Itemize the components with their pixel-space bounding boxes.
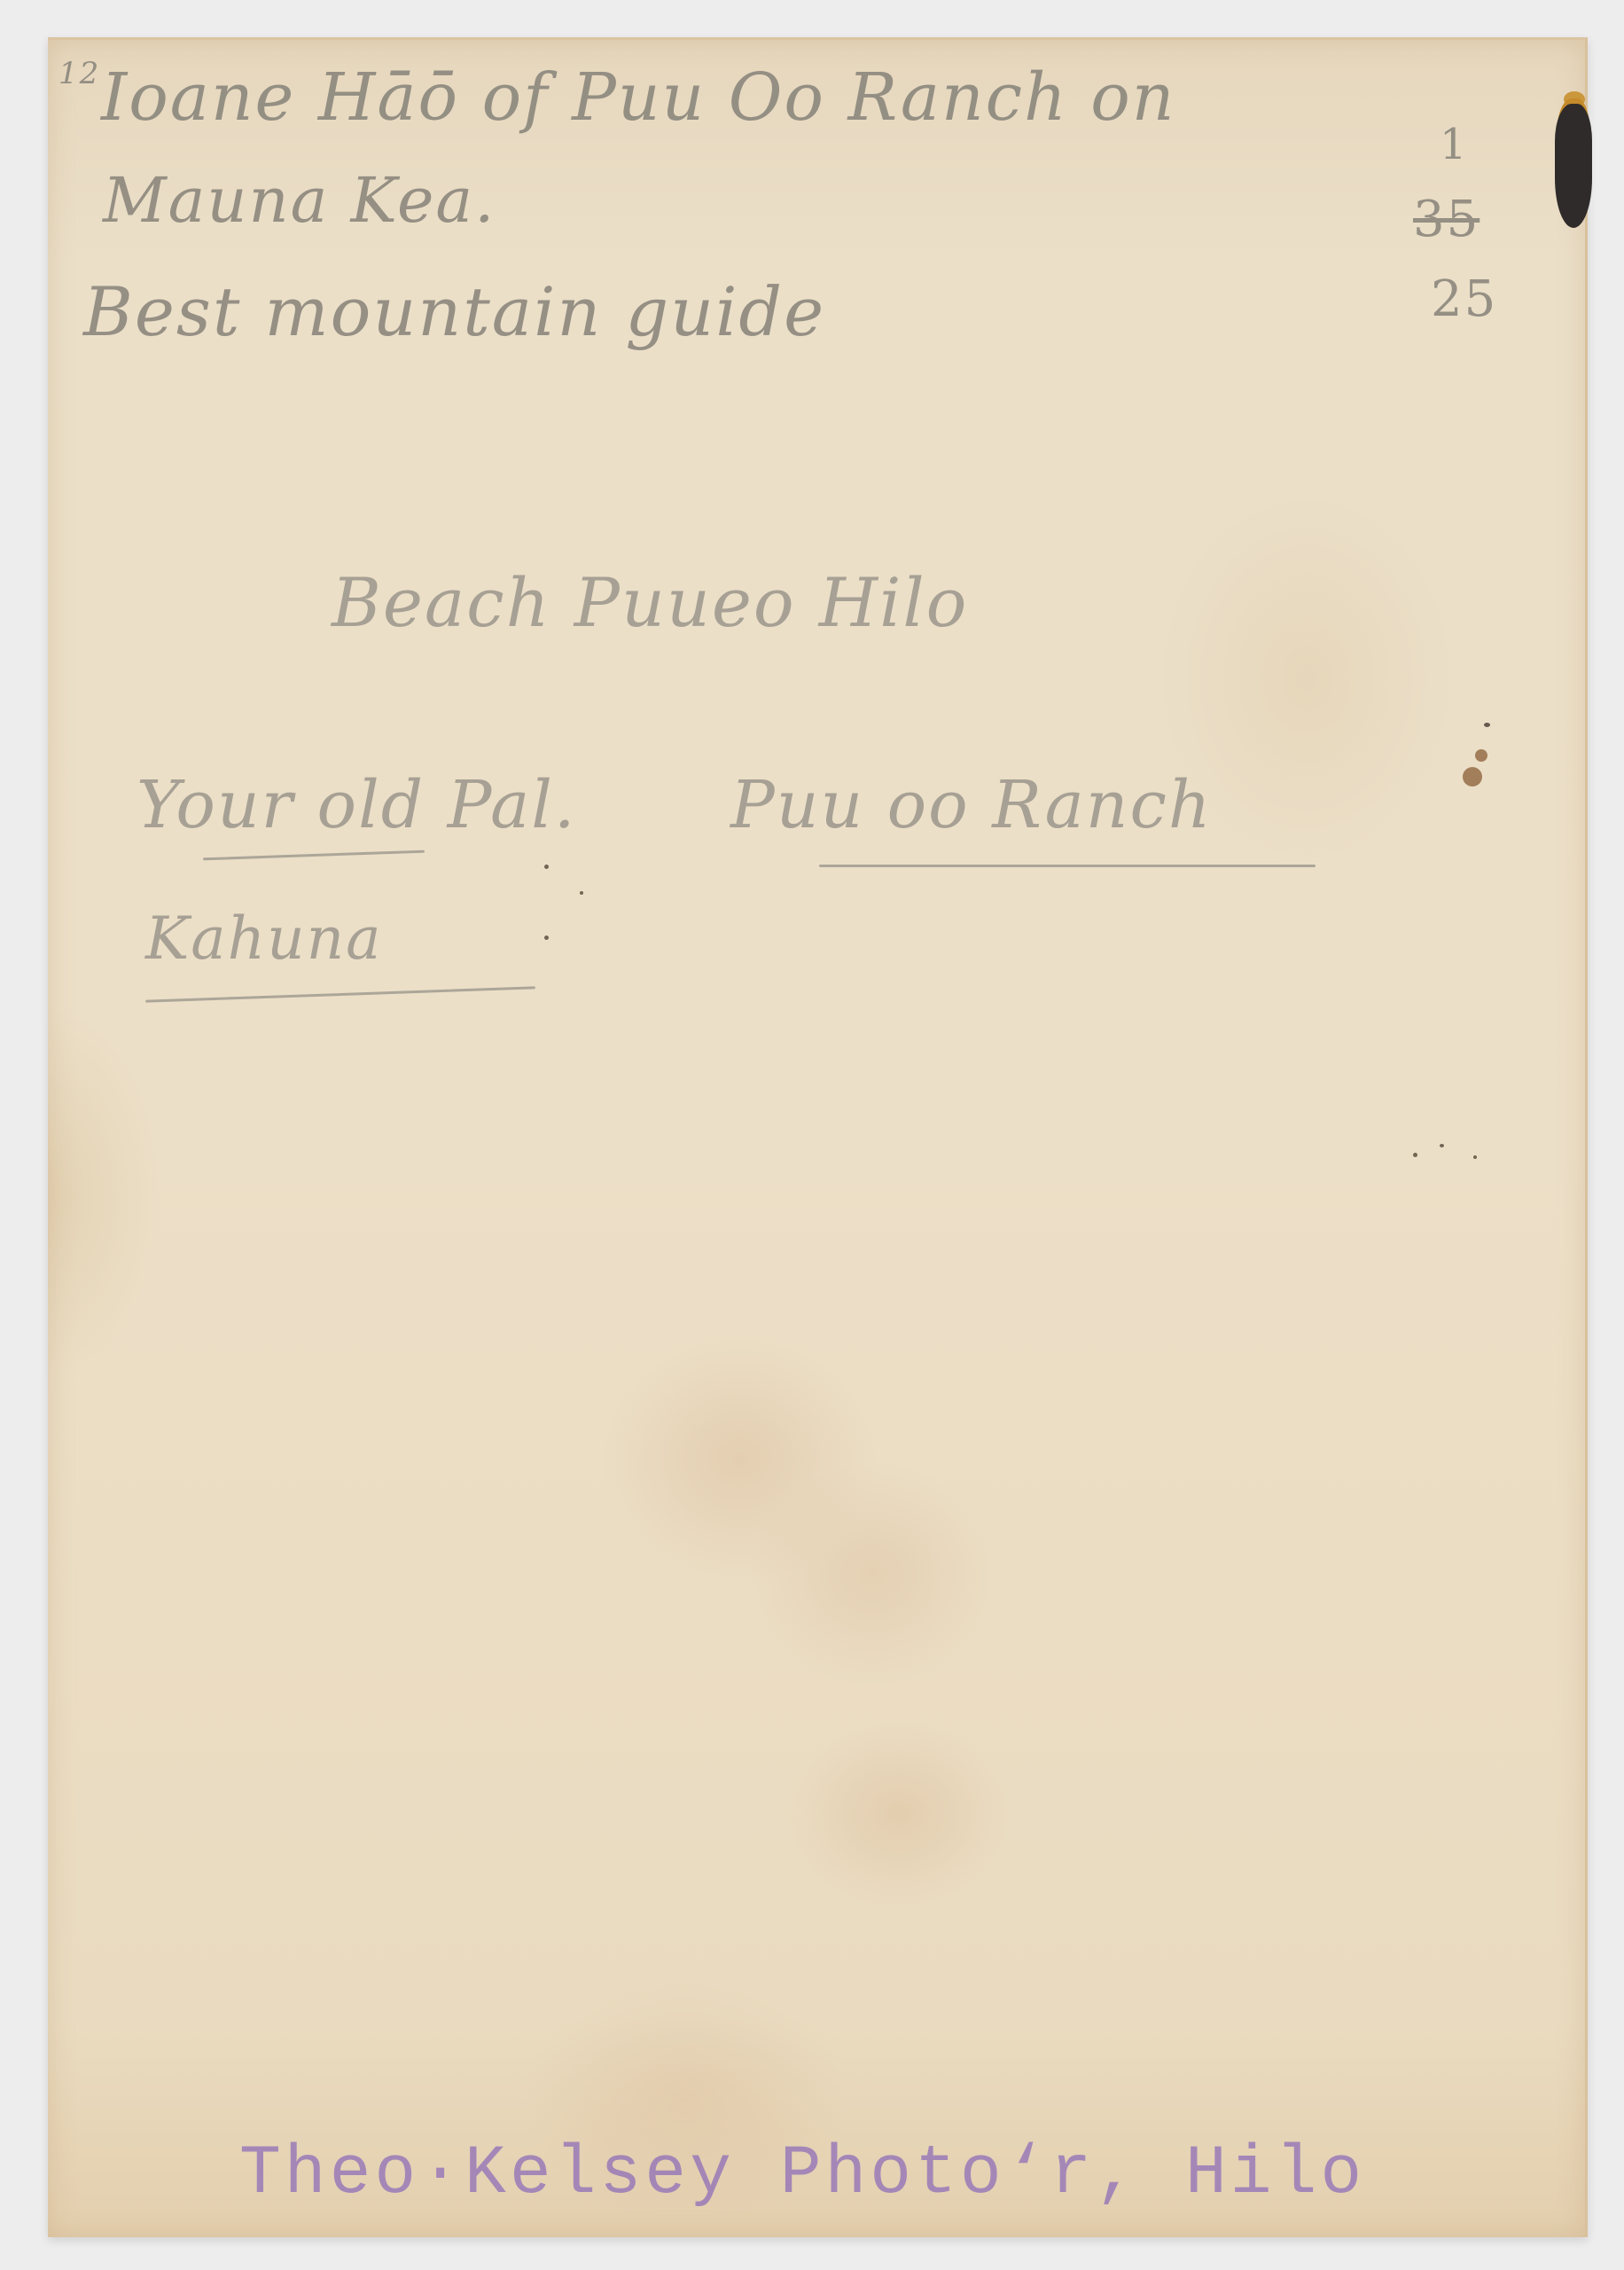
inscription-line-3: Best mountain guide [83, 272, 825, 351]
corner-number: 12 [59, 56, 100, 91]
signature-your-old-pal: Your old Pal. [137, 767, 576, 843]
price-crossed-out: 35 [1413, 191, 1480, 248]
foxing-spot [1463, 767, 1482, 787]
foxing-spot [1475, 749, 1487, 762]
underline-kahuna [145, 986, 535, 1002]
ink-blot [1555, 104, 1592, 228]
foxing-spot [1440, 1144, 1444, 1147]
underline-old [203, 850, 425, 861]
foxing-spot [580, 891, 583, 895]
signature-kahuna: Kahuna [145, 904, 383, 973]
inscription-line-1: Ioane Hāō of Puu Oo Ranch on [101, 59, 1175, 136]
price-mark-top: 1 [1440, 120, 1469, 169]
caption-beach-puueo-hilo: Beach Puueo Hilo [332, 563, 968, 642]
foxing-spot [1484, 723, 1490, 727]
foxing-spot [1413, 1153, 1417, 1157]
foxing-spot [544, 935, 549, 940]
photo-card-back: 12 Ioane Hāō of Puu Oo Ranch on Mauna Ke… [48, 37, 1588, 2237]
signature-puu-oo-ranch: Puu oo Ranch [730, 767, 1213, 843]
photographer-stamp: Theo·Kelsey Photo‘r, Hilo [239, 2135, 1365, 2213]
underline-ranch [819, 865, 1316, 867]
inscription-line-2: Mauna Kea. [103, 164, 496, 237]
price-current: 25 [1431, 270, 1497, 328]
foxing-spot [544, 865, 549, 869]
foxing-spot [1473, 1155, 1477, 1159]
